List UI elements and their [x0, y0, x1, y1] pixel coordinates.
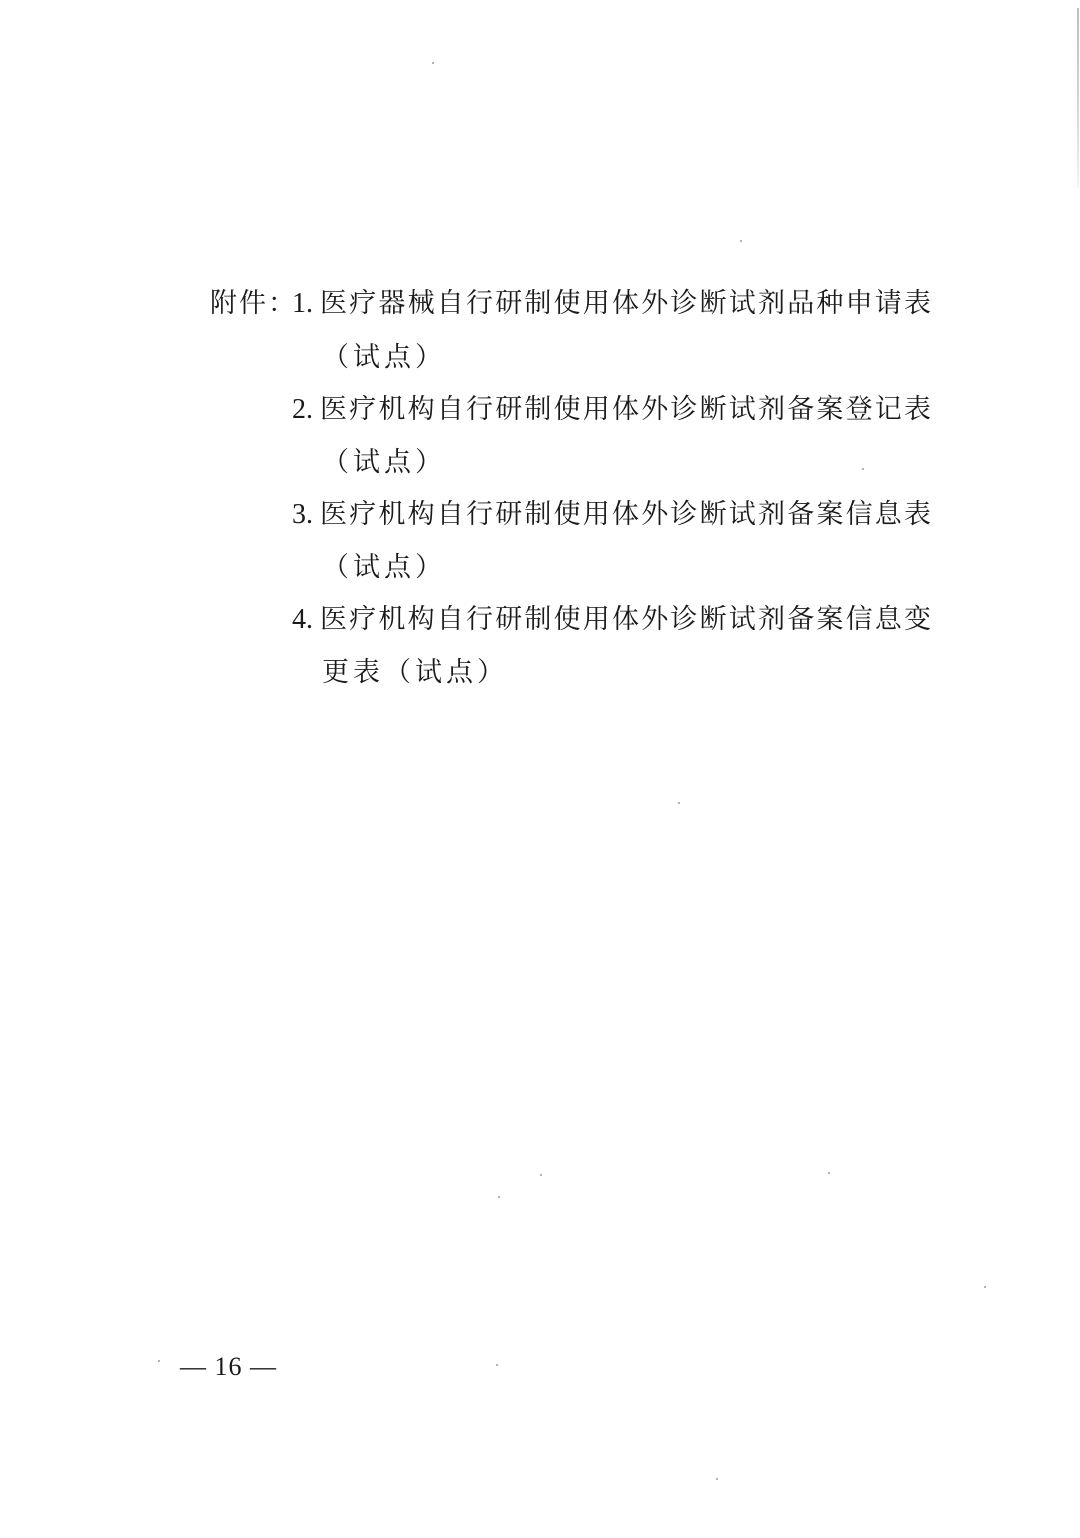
scan-speck — [740, 240, 742, 242]
scan-speck — [678, 802, 680, 804]
scan-edge-line — [1077, 8, 1079, 188]
attachment-item-4-continued: 更表（试点） — [322, 655, 508, 691]
page-number: — 16 — — [180, 1352, 277, 1382]
attachment-item-4: 4.医疗机构自行研制使用体外诊断试剂备案信息变 — [292, 602, 933, 638]
scan-speck — [828, 1172, 830, 1174]
scan-speck — [540, 1174, 542, 1176]
attachment-item-3-continued: （试点） — [322, 550, 446, 586]
attachment-item-2: 2.医疗机构自行研制使用体外诊断试剂备案登记表 — [292, 392, 933, 428]
attachment-title: 医疗器械自行研制使用体外诊断试剂品种申请表 — [320, 288, 933, 319]
attachment-title: 医疗机构自行研制使用体外诊断试剂备案信息表 — [320, 499, 933, 530]
attachment-number: 4. — [292, 602, 320, 638]
attachment-number: 1. — [292, 286, 320, 322]
attachment-title: 医疗机构自行研制使用体外诊断试剂备案登记表 — [320, 394, 933, 425]
attachments-label: 附件： — [210, 286, 297, 322]
attachment-item-2-continued: （试点） — [322, 445, 446, 481]
attachment-title: 医疗机构自行研制使用体外诊断试剂备案信息变 — [320, 604, 933, 635]
scan-speck — [496, 1364, 498, 1366]
attachment-number: 2. — [292, 392, 320, 428]
scan-speck — [432, 62, 434, 64]
attachment-item-1-continued: （试点） — [322, 340, 446, 376]
scan-speck — [862, 468, 864, 470]
scan-speck — [984, 1286, 986, 1288]
scan-speck — [716, 1478, 718, 1480]
attachment-number: 3. — [292, 497, 320, 533]
attachment-item-1: 1.医疗器械自行研制使用体外诊断试剂品种申请表 — [292, 286, 933, 322]
scan-speck — [158, 1360, 160, 1362]
attachment-item-3: 3.医疗机构自行研制使用体外诊断试剂备案信息表 — [292, 497, 933, 533]
scan-speck — [498, 1196, 500, 1198]
